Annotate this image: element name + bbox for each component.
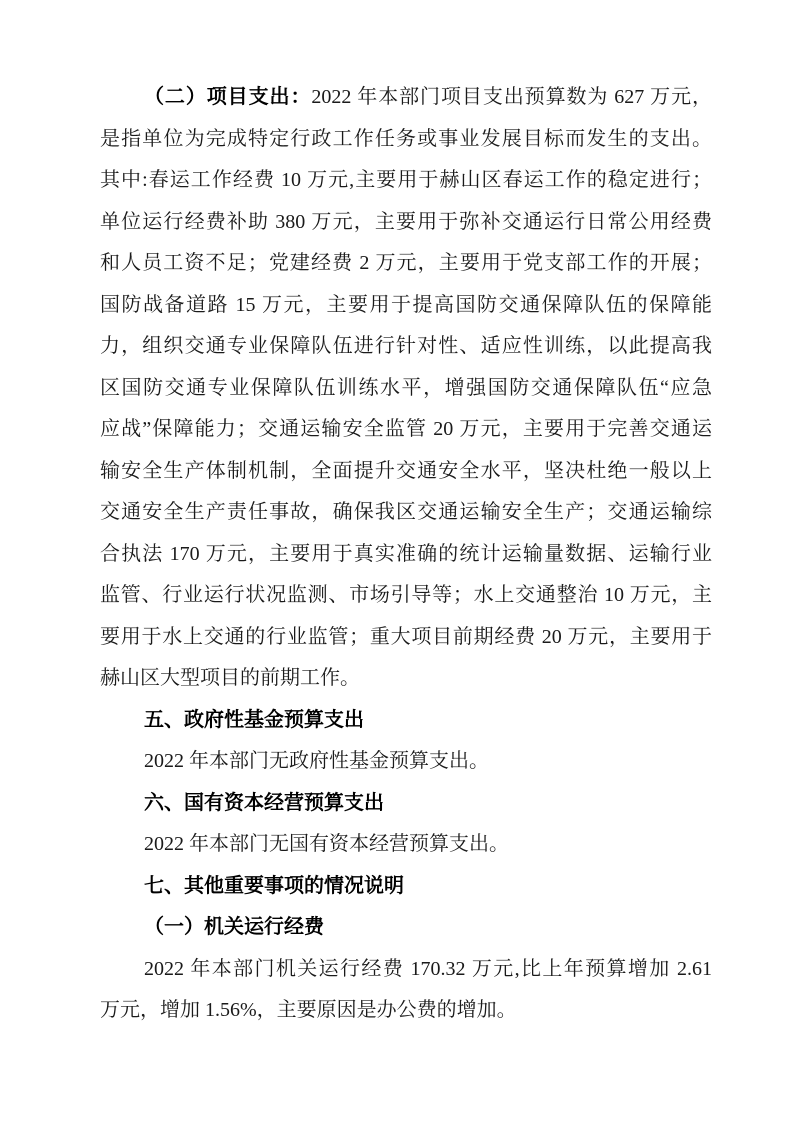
doc-line: 输安全生产体制机制，全面提升交通安全水平，坚决杜绝一般以上 (100, 451, 712, 493)
doc-line: 单位运行经费补助 380 万元，主要用于弥补交通运行日常公用经费 (100, 202, 712, 244)
doc-line: 应战”保障能力；交通运输安全监管 20 万元，主要用于完善交通运 (100, 409, 712, 451)
heading-subsection-one: （一）机关运行经费 (100, 907, 712, 949)
text-block: （二）项目支出：2022 年本部门项目支出预算数为 627 万元， 是指单位为完… (100, 77, 712, 1032)
doc-line: 区国防交通专业保障队伍训练水平，增强国防交通保障队伍“应急 (100, 368, 712, 410)
doc-line: 其中:春运工作经费 10 万元,主要用于赫山区春运工作的稳定进行； (100, 160, 712, 202)
para-label-project-expenditure: （二）项目支出： (144, 86, 311, 108)
doc-line: 和人员工资不足；党建经费 2 万元，主要用于党支部工作的开展； (100, 243, 712, 285)
heading-section-five: 五、政府性基金预算支出 (100, 700, 712, 742)
doc-line: 合执法 170 万元，主要用于真实准确的统计运输量数据、运输行业 (100, 534, 712, 576)
document-page: （二）项目支出：2022 年本部门项目支出预算数为 627 万元， 是指单位为完… (0, 0, 794, 1122)
doc-line: 监管、行业运行状况监测、市场引导等；水上交通整治 10 万元，主 (100, 575, 712, 617)
doc-line: 2022 年本部门机关运行经费 170.32 万元,比上年预算增加 2.61 (100, 949, 712, 991)
para-project-expenditure-line: （二）项目支出：2022 年本部门项目支出预算数为 627 万元， (100, 77, 712, 119)
doc-line: 交通安全生产责任事故，确保我区交通运输安全生产；交通运输综 (100, 492, 712, 534)
doc-line: 国防战备道路 15 万元，主要用于提高国防交通保障队伍的保障能 (100, 285, 712, 327)
doc-line: 是指单位为完成特定行政工作任务或事业发展目标而发生的支出。 (100, 119, 712, 161)
heading-section-six: 六、国有资本经营预算支出 (100, 783, 712, 825)
doc-line: 2022 年本部门项目支出预算数为 627 万元， (311, 86, 712, 108)
doc-line: 力，组织交通专业保障队伍进行针对性、适应性训练，以此提高我 (100, 326, 712, 368)
doc-line: 赫山区大型项目的前期工作。 (100, 658, 712, 700)
heading-section-seven: 七、其他重要事项的情况说明 (100, 866, 712, 908)
doc-line: 2022 年本部门无政府性基金预算支出。 (100, 741, 712, 783)
doc-line: 万元，增加 1.56%，主要原因是办公费的增加。 (100, 990, 712, 1032)
doc-line: 2022 年本部门无国有资本经营预算支出。 (100, 824, 712, 866)
doc-line: 要用于水上交通的行业监管；重大项目前期经费 20 万元，主要用于 (100, 617, 712, 659)
